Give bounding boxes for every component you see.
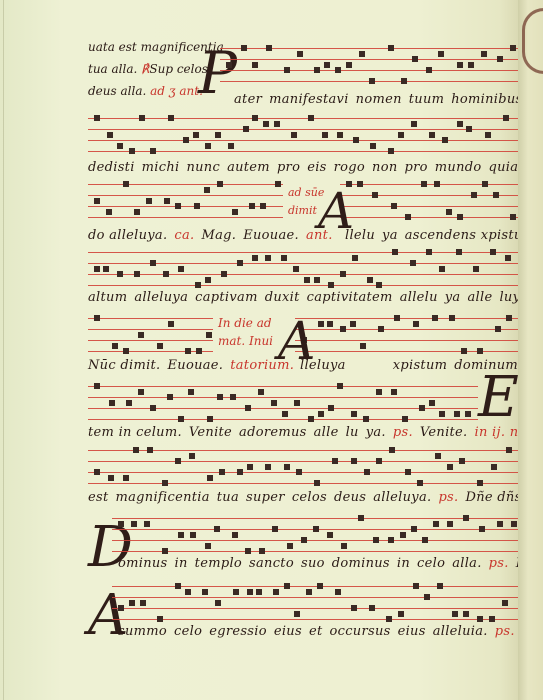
neume (438, 51, 444, 57)
neume (185, 348, 191, 354)
staff (295, 318, 520, 354)
neume (388, 537, 394, 543)
neume (437, 583, 443, 589)
neume (103, 266, 109, 272)
neume (456, 249, 462, 255)
neume (388, 148, 394, 154)
neume (447, 521, 453, 527)
neume (196, 348, 202, 354)
neume (194, 203, 200, 209)
lyrics-row-4: altumalleluyacaptivamduxitcaptivitatemal… (88, 290, 543, 305)
neume (446, 209, 452, 215)
neume (106, 209, 112, 215)
neume (506, 315, 512, 321)
staff-line (88, 397, 478, 398)
neume (457, 214, 463, 220)
neume (482, 181, 488, 187)
neume (426, 67, 432, 73)
neume (324, 62, 330, 68)
neume (284, 583, 290, 589)
lyrics-row-9: summoceloegressioeiusetoccursuseiusallel… (118, 624, 543, 639)
neume (477, 616, 483, 622)
neume (123, 181, 129, 187)
neume (168, 115, 174, 121)
neume (391, 203, 397, 209)
staff-line (112, 586, 520, 587)
staff (88, 386, 478, 422)
neume (183, 137, 189, 143)
neume (505, 255, 511, 261)
neume (369, 605, 375, 611)
neume (429, 132, 435, 138)
neume (402, 416, 408, 422)
neume (304, 277, 310, 283)
neume (340, 326, 346, 332)
neume (426, 249, 432, 255)
lyrics-row-5: Nūc dimit.Euouae.tatorium. (88, 358, 301, 373)
neume (247, 589, 253, 595)
neume (175, 458, 181, 464)
neume (163, 271, 169, 277)
staff-line (220, 59, 520, 60)
neume (215, 600, 221, 606)
neume (340, 271, 346, 277)
neume (359, 51, 365, 57)
neume (479, 526, 485, 532)
neume (226, 62, 232, 68)
neume (332, 458, 338, 464)
neume (185, 589, 191, 595)
staff (112, 586, 520, 622)
neume (193, 132, 199, 138)
staff-line (220, 48, 520, 49)
neume (337, 132, 343, 138)
neume (435, 453, 441, 459)
neume (157, 343, 163, 349)
neume (461, 348, 467, 354)
staff-line (88, 252, 518, 253)
neume (94, 266, 100, 272)
neume (314, 277, 320, 283)
neume (413, 583, 419, 589)
neume (495, 326, 501, 332)
neume (147, 447, 153, 453)
neume (429, 400, 435, 406)
neume (94, 198, 100, 204)
neume (245, 548, 251, 554)
neume (351, 458, 357, 464)
neume (481, 51, 487, 57)
neume (275, 181, 281, 187)
neume (389, 447, 395, 453)
neume (410, 260, 416, 266)
neume (138, 389, 144, 395)
neume (205, 277, 211, 283)
lyrics-row-7: estmagnificentiatuasupercelosdeusalleluy… (88, 490, 543, 505)
neume (306, 589, 312, 595)
neume (405, 469, 411, 475)
neume (273, 589, 279, 595)
neume (497, 56, 503, 62)
staff-line (88, 318, 213, 319)
neume (297, 51, 303, 57)
neume (144, 521, 150, 527)
neume (139, 115, 145, 121)
staff-line (112, 619, 520, 620)
neume (465, 411, 471, 417)
neume (249, 203, 255, 209)
staff-line (295, 340, 520, 341)
neume (265, 255, 271, 261)
facing-page-decoration (522, 8, 543, 74)
neume (221, 271, 227, 277)
neume (328, 282, 334, 288)
manuscript-page: uata est magnificentia tua alla. ℟Sup ce… (0, 0, 520, 700)
neume (112, 343, 118, 349)
neume (284, 67, 290, 73)
staff-line (88, 195, 283, 196)
neume (146, 198, 152, 204)
neume (376, 458, 382, 464)
neume (245, 405, 251, 411)
margin-ruling (3, 0, 4, 700)
neume (175, 203, 181, 209)
neume (452, 611, 458, 617)
staff-line (295, 318, 520, 319)
neume (123, 348, 129, 354)
neume (491, 464, 497, 470)
staff-line (340, 206, 520, 207)
neume (341, 543, 347, 549)
neume (138, 332, 144, 338)
staff (88, 318, 213, 354)
neume (335, 67, 341, 73)
lyrics-row-3b: lleluyaascendens xpistus in (345, 228, 543, 243)
neume (265, 464, 271, 470)
neume (463, 611, 469, 617)
neume (318, 411, 324, 417)
neume (228, 143, 234, 149)
neume (510, 214, 516, 220)
neume (219, 469, 225, 475)
neume (322, 132, 328, 138)
neume (131, 521, 137, 527)
staff-line (112, 518, 520, 519)
neume (94, 315, 100, 321)
neume (134, 209, 140, 215)
neume (473, 266, 479, 272)
neume (442, 137, 448, 143)
neume (352, 255, 358, 261)
neume (314, 480, 320, 486)
neume (376, 282, 382, 288)
neume (133, 447, 139, 453)
neume (195, 282, 201, 288)
neume (449, 315, 455, 321)
neume (503, 115, 509, 121)
staff-line (88, 419, 478, 420)
neume (247, 464, 253, 470)
neume (376, 389, 382, 395)
neume (287, 543, 293, 549)
staff-line (88, 386, 478, 387)
neume (392, 249, 398, 255)
neume (202, 589, 208, 595)
neume (317, 583, 323, 589)
staff-line (112, 540, 520, 541)
neume (497, 521, 503, 527)
neume (346, 62, 352, 68)
neume (388, 45, 394, 51)
neume (471, 192, 477, 198)
staff-line (88, 351, 213, 352)
staff-line (88, 217, 283, 218)
neume (314, 67, 320, 73)
neume (252, 115, 258, 121)
neume (447, 464, 453, 470)
staff-line (88, 483, 518, 484)
neume (454, 411, 460, 417)
neume (511, 521, 517, 527)
neume (417, 480, 423, 486)
neume (259, 548, 265, 554)
neume (485, 132, 491, 138)
neume (506, 447, 512, 453)
neume (237, 469, 243, 475)
neume (337, 383, 343, 389)
neume (424, 594, 430, 600)
neume (232, 532, 238, 538)
staff-line (112, 597, 520, 598)
staff-line (88, 140, 518, 141)
neume (272, 526, 278, 532)
neume (421, 181, 427, 187)
neume (413, 321, 419, 327)
neume (357, 181, 363, 187)
neume (129, 148, 135, 154)
staff-line (88, 329, 213, 330)
neume (123, 475, 129, 481)
neume (178, 416, 184, 422)
neume (308, 416, 314, 422)
neume (217, 181, 223, 187)
neume (439, 411, 445, 417)
neume (109, 400, 115, 406)
neume (150, 148, 156, 154)
neume (318, 321, 324, 327)
neume (490, 249, 496, 255)
neume (205, 143, 211, 149)
lyrics-row-2: dedistimichinuncautemproeisrogononpromun… (88, 160, 543, 175)
neume (457, 121, 463, 127)
neume (432, 315, 438, 321)
neume (439, 266, 445, 272)
neume (118, 521, 124, 527)
staff-line (88, 274, 518, 275)
neume (372, 192, 378, 198)
neume (217, 394, 223, 400)
neume (207, 475, 213, 481)
neume (162, 480, 168, 486)
neume (129, 600, 135, 606)
neume (493, 192, 499, 198)
neume (398, 611, 404, 617)
neume (301, 537, 307, 543)
lyrics-row-3: do alleluya.ca.Mag.Euouae.ant. (88, 228, 340, 243)
neume (188, 389, 194, 395)
staff-line (112, 608, 520, 609)
staff (112, 518, 520, 554)
neume (207, 416, 213, 422)
neume (412, 56, 418, 62)
neume (353, 137, 359, 143)
staff (220, 48, 520, 84)
neume (167, 394, 173, 400)
neume (284, 464, 290, 470)
staff-line (88, 461, 518, 462)
neume (190, 532, 196, 538)
staff-line (88, 184, 283, 185)
staff-line (220, 70, 520, 71)
neume (466, 126, 472, 132)
neume (477, 480, 483, 486)
neume (260, 203, 266, 209)
neume (294, 611, 300, 617)
neume (433, 521, 439, 527)
neume (335, 589, 341, 595)
staff-line (340, 184, 520, 185)
staff (88, 450, 518, 486)
neume (162, 548, 168, 554)
neume (328, 405, 334, 411)
staff-line (88, 129, 518, 130)
neume (369, 78, 375, 84)
neume (215, 132, 221, 138)
neume (327, 532, 333, 538)
neume (256, 589, 262, 595)
neume (206, 332, 212, 338)
neume (164, 198, 170, 204)
neume (401, 78, 407, 84)
neume (463, 515, 469, 521)
neume (232, 209, 238, 215)
neume (502, 600, 508, 606)
neume (150, 405, 156, 411)
neume (358, 515, 364, 521)
neume (351, 605, 357, 611)
neume (294, 400, 300, 406)
neume (134, 271, 140, 277)
neume (252, 62, 258, 68)
staff (88, 184, 283, 220)
initial-E: E (478, 370, 519, 426)
neume (293, 266, 299, 272)
neume (411, 526, 417, 532)
neume (510, 45, 516, 51)
neume (204, 187, 210, 193)
neume (94, 469, 100, 475)
staff-line (88, 472, 518, 473)
neume (94, 115, 100, 121)
staff-line (112, 551, 520, 552)
neume (243, 126, 249, 132)
neume (394, 315, 400, 321)
neume (296, 469, 302, 475)
staff-line (340, 217, 520, 218)
lyrics-row-8: ominusintemplosanctosuodominusinceloalla… (118, 556, 543, 571)
neume (477, 348, 483, 354)
neume (94, 383, 100, 389)
staff-line (88, 118, 518, 119)
neume (117, 143, 123, 149)
neume (363, 416, 369, 422)
neume (468, 62, 474, 68)
neume (308, 115, 314, 121)
neume (118, 605, 124, 611)
neume (126, 400, 132, 406)
neume (258, 389, 264, 395)
neume (378, 326, 384, 332)
neume (419, 405, 425, 411)
neume (205, 543, 211, 549)
neume (422, 537, 428, 543)
neume (271, 400, 277, 406)
staff-line (88, 285, 518, 286)
neume (117, 271, 123, 277)
neume (189, 453, 195, 459)
neume (351, 411, 357, 417)
neume (107, 132, 113, 138)
neume (364, 469, 370, 475)
neume (360, 343, 366, 349)
staff (88, 118, 518, 154)
neume (175, 583, 181, 589)
neume (457, 62, 463, 68)
neume (405, 214, 411, 220)
staff-line (88, 340, 213, 341)
staff (88, 252, 518, 288)
lyrics-row-6: tem in celum.Veniteadoremusalleluya.ps.V… (88, 425, 543, 440)
binding-gutter (518, 0, 543, 700)
neume (313, 526, 319, 532)
neume (398, 132, 404, 138)
neume (274, 121, 280, 127)
neume (327, 321, 333, 327)
neume (230, 394, 236, 400)
neume (391, 389, 397, 395)
neume (237, 260, 243, 266)
lyrics-row-1: atermanifestavinomentuumhominibusquos (234, 92, 543, 107)
neume (411, 121, 417, 127)
neume (459, 458, 465, 464)
neume (282, 411, 288, 417)
neume (178, 532, 184, 538)
staff-line (295, 351, 520, 352)
neume (150, 260, 156, 266)
neume (434, 181, 440, 187)
neume (252, 255, 258, 261)
neume (373, 537, 379, 543)
neume (350, 321, 356, 327)
neume (281, 255, 287, 261)
neume (233, 589, 239, 595)
neume (157, 616, 163, 622)
neume (263, 121, 269, 127)
neume (140, 600, 146, 606)
rubric-block: In die admat. Inui (218, 314, 273, 350)
neume (367, 277, 373, 283)
neume (386, 616, 392, 622)
